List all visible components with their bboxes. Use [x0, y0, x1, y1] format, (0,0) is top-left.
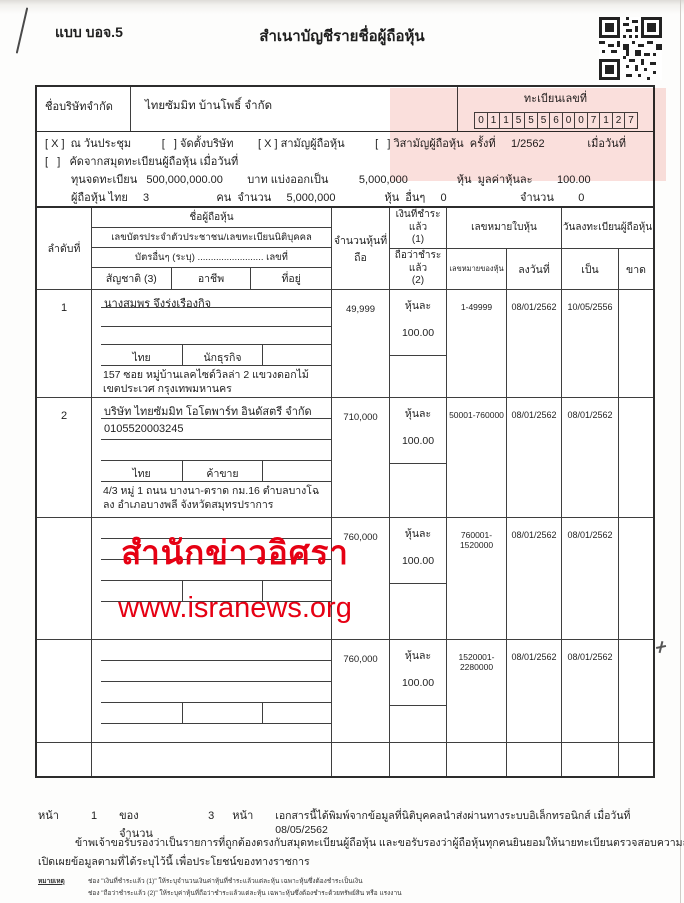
- shareholder-nationality: [101, 703, 183, 723]
- col-header-nat-occ-addr: สัญชาติ (3) อาชีพ ที่อยู่: [92, 268, 331, 289]
- printed-note: เอกสารนี้ได้พิมพ์จากข้อมูลที่นิติบุคคลนำ…: [275, 807, 684, 836]
- col-header-address: ที่อยู่: [251, 268, 331, 289]
- paper-edge-line: [680, 0, 681, 903]
- paid-box: หุ้นละ 100.00: [390, 640, 446, 706]
- registration-digit: 1: [599, 112, 613, 129]
- registration-digit: 5: [512, 112, 526, 129]
- paid-cell: หุ้นละ 100.00: [390, 640, 447, 742]
- col-header-seq: ลำดับที่: [37, 208, 92, 289]
- deemed-paid-label: ถือว่าชำระแล้ว: [390, 250, 446, 275]
- copied-from-register-line: [ ] คัดจากสมุดทะเบียนผู้ถือหุ้น เมื่อวัน…: [45, 153, 645, 171]
- shares-held: [332, 743, 390, 776]
- reg-date-in: 08/01/2562: [562, 640, 619, 742]
- shares-held: 49,999: [332, 290, 390, 397]
- shareholder-id: [101, 661, 331, 682]
- shareholder-nationality: ไทย: [101, 461, 183, 481]
- shareholder-row: 760,000 หุ้นละ 100.00 760001-1520000 08/…: [37, 518, 653, 640]
- shareholder-nationality: ไทย: [101, 345, 183, 365]
- shareholder-other-card: [101, 327, 331, 345]
- footnote-1: ช่อง "เงินที่ชำระแล้ว (1)" ให้ระบุจำนวนเ…: [88, 876, 363, 888]
- row-seq: [37, 518, 92, 639]
- cert-date: 08/01/2562: [507, 640, 562, 742]
- col-header-cert-title: เลขหมายใบหุ้น: [447, 208, 561, 249]
- registration-digit: 6: [549, 112, 563, 129]
- reg-date-in: 10/05/2556: [562, 290, 619, 397]
- paid-box: หุ้นละ 100.00: [390, 518, 446, 584]
- shareholder-occupation: ค้าขาย: [183, 461, 263, 481]
- registration-digit: 0: [574, 112, 588, 129]
- meeting-capital-info: [ X ] ณ วันประชุม [ ] จัดตั้งบริษัท [ X …: [37, 132, 653, 208]
- shareholder-id: 0105520003245: [101, 419, 331, 440]
- reg-date-in: 08/01/2562: [562, 518, 619, 639]
- company-name-label: ชื่อบริษัทจำกัด: [37, 87, 131, 131]
- registration-digit: 0: [474, 112, 488, 129]
- shareholder-name-cell: [92, 743, 332, 776]
- shareholder-name: บริษัท ไทยซัมมิท โอโตพาร์ท อินดัสตรี จำก…: [101, 398, 331, 419]
- row-seq: 2: [37, 398, 92, 517]
- certification-line-2: เปิดเผยข้อมูลตามที่ได้ระบุไว้นี้ เพื่อปร…: [38, 853, 310, 870]
- paid-per-share-label: หุ้นละ: [390, 405, 446, 422]
- page-number: 1: [91, 810, 97, 822]
- total-pages: 3: [208, 810, 214, 822]
- col-header-reg-title: วันลงทะเบียนผู้ถือหุ้น: [562, 208, 653, 249]
- reg-date-out: [619, 640, 653, 742]
- shareholder-id: [101, 308, 331, 326]
- paid-per-share-amount: 100.00: [390, 327, 446, 339]
- row-seq: [37, 743, 92, 776]
- nat-occ-row: [101, 703, 331, 724]
- cert-date: 08/01/2562: [507, 398, 562, 517]
- qr-code-icon: [599, 17, 662, 80]
- registration-digit: 1: [499, 112, 513, 129]
- shareholder-name: นางสมพร จึงรุ่งเรืองกิจ: [101, 290, 331, 308]
- shareholder-id: [101, 539, 331, 560]
- shareholder-extra-cell: [263, 345, 331, 365]
- paid-box: หุ้นละ 100.00: [390, 290, 446, 356]
- cert-numbers: 1-49999: [447, 290, 507, 397]
- document-title: สำเนาบัญชีรายชื่อผู้ถือหุ้น: [0, 24, 684, 48]
- row-seq: 1: [37, 290, 92, 397]
- shareholder-occupation: นักธุรกิจ: [183, 345, 263, 365]
- col-header-cert-date: ลงวันที่: [507, 249, 561, 289]
- shareholder-count-line: ผู้ถือหุ้น ไทย 3 คน จำนวน 5,000,000 หุ้น…: [45, 189, 645, 207]
- shareholder-other-card: [101, 682, 331, 703]
- paid-per-share-label: หุ้นละ: [390, 647, 446, 664]
- col-header-cert-split: เลขหมายของหุ้น ลงวันที่: [447, 249, 561, 289]
- shareholder-address: [92, 602, 331, 639]
- col-header-name-group: ชื่อผู้ถือหุ้น เลขบัตรประจำตัวประชาชน/เล…: [92, 208, 332, 289]
- shares-held: 710,000: [332, 398, 390, 517]
- col-header-shares: จำนวนหุ้นที่ถือ: [332, 208, 390, 289]
- registration-number-cell: ทะเบียนเลขที่ 0 1 1 5 5 5 6 0 0 7 1 2 7: [457, 87, 653, 131]
- notes-label: หมายเหตุ: [38, 876, 88, 888]
- shareholder-address: 4/3 หมู่ 1 ถนน บางนา-ตราด กม.16 ตำบลบางโ…: [92, 482, 331, 517]
- company-name-value: ไทยซัมมิท บ้านโพธิ์ จำกัด: [131, 87, 457, 131]
- registration-digit-boxes: 0 1 1 5 5 5 6 0 0 7 1 2 7: [458, 112, 653, 131]
- shareholder-occupation: [183, 703, 263, 723]
- shareholder-extra-cell: [263, 461, 331, 481]
- shareholder-row: 2 บริษัท ไทยซัมมิท โอโตพาร์ท อินดัสตรี จ…: [37, 398, 653, 518]
- deemed-paid-num: (2): [412, 275, 424, 288]
- shares-held: 760,000: [332, 518, 390, 639]
- col-header-reg-in: เป็น: [562, 249, 619, 289]
- shareholder-address: 157 ซอย หมู่บ้านเลคไซด์วิลล่า 2 แขวงดอกไ…: [92, 366, 331, 397]
- registration-digit: 0: [562, 112, 576, 129]
- cert-numbers: 50001-760000: [447, 398, 507, 517]
- shareholder-nationality: [101, 581, 183, 601]
- shareholder-row: 760,000 หุ้นละ 100.00 1520001-2280000 08…: [37, 640, 653, 743]
- shareholder-extra-cell: [263, 703, 331, 723]
- registration-number-label: ทะเบียนเลขที่: [458, 87, 653, 107]
- paid-per-share-amount: 100.00: [390, 677, 446, 689]
- shares-held: 760,000: [332, 640, 390, 742]
- shareholder-other-card: [101, 560, 331, 581]
- row-seq: [37, 640, 92, 742]
- reg-date-in: 08/01/2562: [562, 398, 619, 517]
- shareholder-name: [101, 640, 331, 661]
- reg-date-out: [619, 518, 653, 639]
- paid-cell: [390, 743, 447, 776]
- paid-cell: หุ้นละ 100.00: [390, 290, 447, 397]
- nat-occ-row: [101, 581, 331, 602]
- company-row: ชื่อบริษัทจำกัด ไทยซัมมิท บ้านโพธิ์ จำกั…: [37, 87, 653, 132]
- registration-digit: 5: [537, 112, 551, 129]
- paid-num: (1): [412, 234, 424, 247]
- footnotes: หมายเหตุ ช่อง "เงินที่ชำระแล้ว (1)" ให้ร…: [38, 876, 402, 900]
- paid-per-share-amount: 100.00: [390, 555, 446, 567]
- registration-digit: 5: [524, 112, 538, 129]
- scanned-document-page: แบบ บอจ.5 สำเนาบัญชีรายชื่อผู้ถือหุ้น ชื…: [0, 0, 684, 903]
- col-header-cert-numbers: เลขหมายของหุ้น: [447, 249, 507, 289]
- col-header-id-number: เลขบัตรประจำตัวประชาชน/เลขทะเบียนนิติบุค…: [92, 228, 331, 248]
- paid-per-share-amount: 100.00: [390, 435, 446, 447]
- shareholder-name-cell: บริษัท ไทยซัมมิท โอโตพาร์ท อินดัสตรี จำก…: [92, 398, 332, 517]
- paid-cell: หุ้นละ 100.00: [390, 518, 447, 639]
- col-header-reg-group: วันลงทะเบียนผู้ถือหุ้น เป็น ขาด: [562, 208, 653, 289]
- col-header-other-card: บัตรอื่นๆ (ระบุ) .......................…: [92, 248, 331, 268]
- meeting-type-line: [ X ] ณ วันประชุม [ ] จัดตั้งบริษัท [ X …: [45, 135, 645, 153]
- footnote-2: ช่อง "ถือว่าชำระแล้ว (2)" ให้ระบุค่าหุ้น…: [88, 888, 402, 900]
- empty-row: [37, 743, 653, 776]
- col-header-nationality: สัญชาติ (3): [92, 268, 172, 289]
- shareholder-other-card: [101, 440, 331, 461]
- col-header-paid: เงินที่ชำระแล้ว (1): [390, 208, 446, 249]
- paid-per-share-label: หุ้นละ: [390, 297, 446, 314]
- col-header-cert-group: เลขหมายใบหุ้น เลขหมายของหุ้น ลงวันที่: [447, 208, 562, 289]
- col-header-deemed-paid: ถือว่าชำระแล้ว (2): [390, 249, 446, 289]
- shareholder-name-cell: [92, 640, 332, 742]
- cert-numbers: 760001-1520000: [447, 518, 507, 639]
- reg-date-out: [619, 743, 653, 776]
- shareholder-extra-cell: [263, 581, 331, 601]
- col-header-reg-split: เป็น ขาด: [562, 249, 653, 289]
- shareholder-occupation: [183, 581, 263, 601]
- table-header: ลำดับที่ ชื่อผู้ถือหุ้น เลขบัตรประจำตัวป…: [37, 208, 653, 290]
- certification-line-1: ข้าพเจ้าขอรับรองว่าเป็นรายการที่ถูกต้องต…: [75, 834, 684, 851]
- paid-cell: หุ้นละ 100.00: [390, 398, 447, 517]
- col-header-reg-out: ขาด: [619, 249, 653, 289]
- reg-date-out: [619, 398, 653, 517]
- reg-date-out: [619, 290, 653, 397]
- reg-date-in: [562, 743, 619, 776]
- cert-date: 08/01/2562: [507, 290, 562, 397]
- shareholder-row: 1 นางสมพร จึงรุ่งเรืองกิจ ไทย นักธุรกิจ …: [37, 290, 653, 398]
- col-header-paid-group: เงินที่ชำระแล้ว (1) ถือว่าชำระแล้ว (2): [390, 208, 447, 289]
- registration-digit: 2: [612, 112, 626, 129]
- shareholder-name-cell: นางสมพร จึงรุ่งเรืองกิจ ไทย นักธุรกิจ 15…: [92, 290, 332, 397]
- col-header-shareholder-name: ชื่อผู้ถือหุ้น: [92, 208, 331, 228]
- shareholder-address: [92, 724, 331, 742]
- page-label: หน้า: [38, 806, 59, 824]
- cert-numbers: 1520001-2280000: [447, 640, 507, 742]
- cert-date: [507, 743, 562, 776]
- pages-label: หน้า: [232, 806, 253, 824]
- registered-capital-line: ทุนจดทะเบียน 500,000,000.00 บาท แบ่งออกเ…: [45, 171, 645, 189]
- paid-per-share-label: หุ้นละ: [390, 525, 446, 542]
- form-frame: ชื่อบริษัทจำกัด ไทยซัมมิท บ้านโพธิ์ จำกั…: [35, 85, 655, 778]
- handwritten-margin-mark: [656, 641, 666, 653]
- paid-box: หุ้นละ 100.00: [390, 398, 446, 464]
- cert-date: 08/01/2562: [507, 518, 562, 639]
- nat-occ-row: ไทย นักธุรกิจ: [101, 345, 331, 366]
- nat-occ-row: ไทย ค้าขาย: [101, 461, 331, 482]
- registration-digit: 7: [624, 112, 638, 129]
- registration-digit: 1: [487, 112, 501, 129]
- cert-numbers: [447, 743, 507, 776]
- col-header-occupation: อาชีพ: [172, 268, 252, 289]
- paid-label: เงินที่ชำระแล้ว: [390, 209, 446, 234]
- registration-digit: 7: [587, 112, 601, 129]
- shareholder-name-cell: [92, 518, 332, 639]
- shareholder-name: [101, 518, 331, 539]
